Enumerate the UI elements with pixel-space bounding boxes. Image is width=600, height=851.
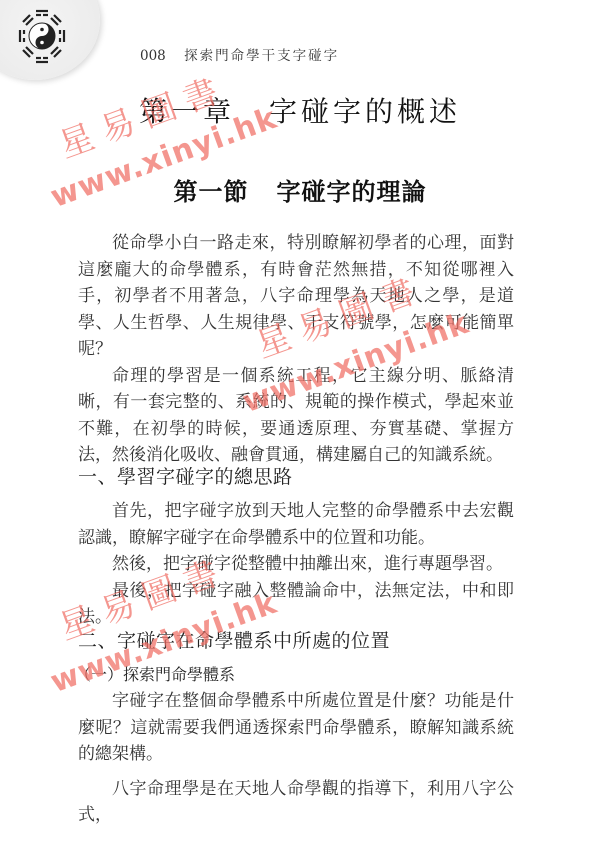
paragraph: 首先，把字碰字放到天地人完整的命學體系中去宏觀認識，瞭解字碰字在命學體系中的位置… bbox=[78, 498, 514, 551]
section-label: 第一節 bbox=[174, 180, 249, 206]
heading-2: 二、字碰字在命學體系中所處的位置 bbox=[78, 626, 390, 653]
bagua-yinyang-icon bbox=[6, 0, 78, 72]
paragraph: 然後，把字碰字從整體中抽離出來，進行專題學習。 bbox=[78, 551, 514, 578]
section-2-body: 字碰字在整個命學體系中所處位置是什麼？功能是什麼呢？這就需要我們通透探索門命學體… bbox=[78, 688, 514, 829]
section-name: 字碰字的理論 bbox=[277, 180, 427, 206]
chapter-label: 第一章 bbox=[139, 95, 235, 128]
chapter-title: 第一章字碰字的概述 bbox=[0, 90, 600, 130]
intro-body: 從命學小白一路走來，特別瞭解初學者的心理，面對這麼龐大的命學體系，有時會茫然無措… bbox=[78, 230, 514, 469]
paragraph: 八字命理學是在天地人命學觀的指導下，利用八字公式， bbox=[78, 776, 514, 829]
running-title: 探索門命學干支字碰字 bbox=[184, 48, 339, 64]
paragraph: 最後，把字碰字融入整體論命中，法無定法，中和即法。 bbox=[78, 578, 514, 631]
page-number: 008 bbox=[140, 48, 166, 64]
paragraph: 字碰字在整個命學體系中所處位置是什麼？功能是什麼呢？這就需要我們通透探索門命學體… bbox=[78, 688, 514, 768]
subheading-2-1: （一）探索門命學體系 bbox=[75, 662, 235, 685]
running-head: 008 探索門命學干支字碰字 bbox=[140, 44, 339, 64]
heading-1: 一、學習字碰字的總思路 bbox=[78, 462, 293, 489]
chapter-name: 字碰字的概述 bbox=[269, 95, 461, 128]
section-title: 第一節字碰字的理論 bbox=[0, 172, 600, 207]
paragraph: 命理的學習是一個系統工程，它主線分明、脈絡清晰，有一套完整的、系統的、規範的操作… bbox=[78, 363, 514, 469]
paragraph: 從命學小白一路走來，特別瞭解初學者的心理，面對這麼龐大的命學體系，有時會茫然無措… bbox=[78, 230, 514, 363]
section-1-body: 首先，把字碰字放到天地人完整的命學體系中去宏觀認識，瞭解字碰字在命學體系中的位置… bbox=[78, 498, 514, 631]
